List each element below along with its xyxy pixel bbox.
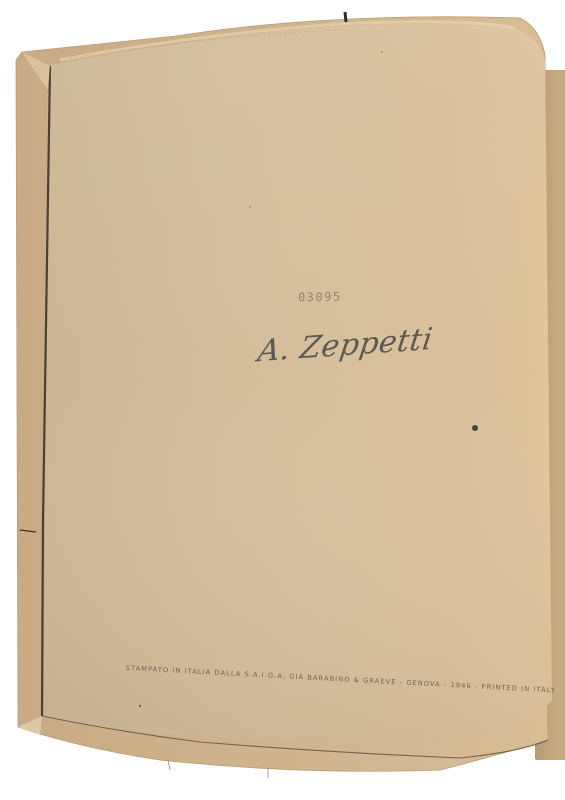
document-photo: 03095 A. Zeppetti STAMPATO IN ITALIA DAL…	[0, 0, 565, 800]
ink-dot	[472, 425, 478, 431]
serial-number: 03095	[298, 290, 342, 305]
